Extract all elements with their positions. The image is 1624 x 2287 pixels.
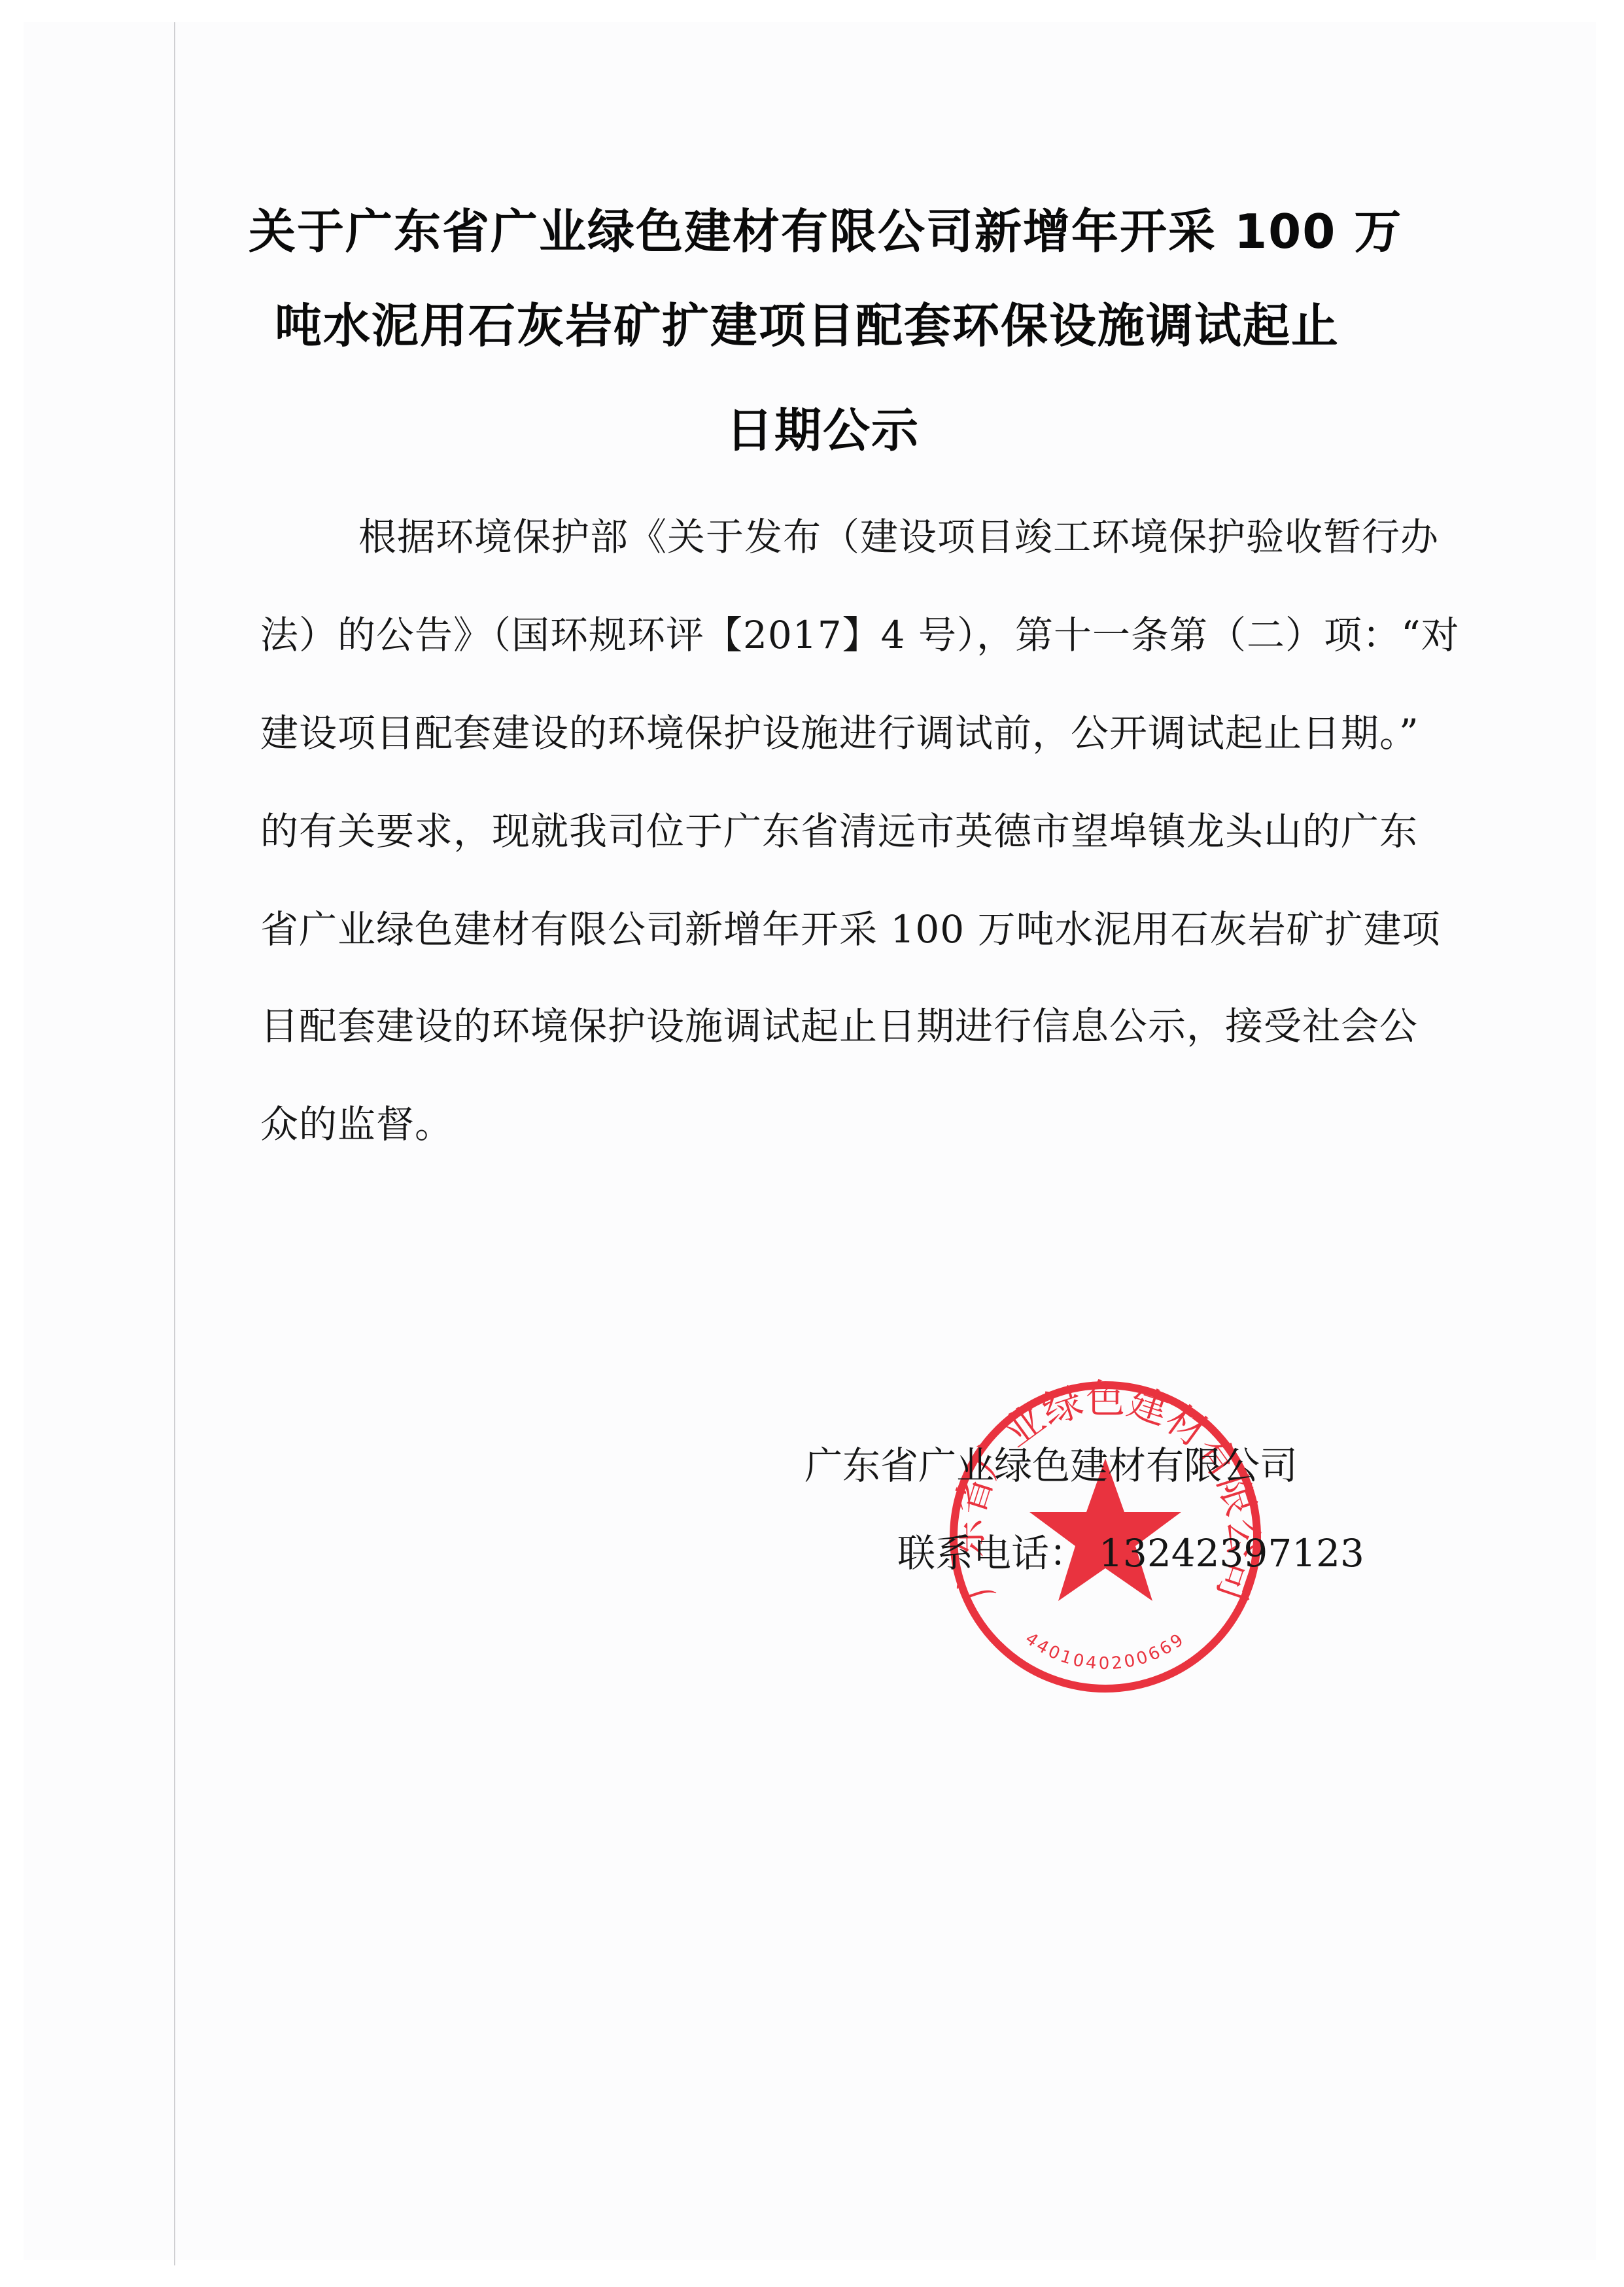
title-line-1: 关于广东省广业绿色建材有限公司新增年开采 100 万	[249, 208, 1380, 255]
phone-label: 联系电话：	[897, 1531, 1087, 1575]
body-line-1: 根据环境保护部《关于发布（建设项目竣工环境保护验收暂行办	[358, 518, 1439, 556]
seal-number: 4401040200669	[1022, 1629, 1189, 1674]
body-line-2: 法）的公告》（国环规环评【2017】4 号），第十一条第（二）项：“对	[260, 616, 1460, 654]
body-line-3: 建设项目配套建设的环境保护设施进行调试前，公开调试起止日期。”	[260, 714, 1419, 752]
title-line-3: 日期公示	[726, 407, 1624, 454]
title-line-2: 吨水泥用石灰岩矿扩建项目配套环保设施调试起止	[275, 302, 1406, 349]
signature-phone-row: 联系电话：13242397123	[897, 1534, 1364, 1572]
phone-number: 13242397123	[1099, 1531, 1364, 1575]
binding-margin-line	[174, 22, 175, 2265]
signature-company: 广东省广业绿色建材有限公司	[804, 1447, 1298, 1485]
body-line-7: 众的监督。	[260, 1105, 453, 1143]
document-page	[24, 22, 1596, 2260]
body-line-6: 目配套建设的环境保护设施调试起止日期进行信息公示，接受社会公	[260, 1007, 1418, 1045]
body-line-4: 的有关要求，现就我司位于广东省清远市英德市望埠镇龙头山的广东	[260, 812, 1418, 850]
body-line-5: 省广业绿色建材有限公司新增年开采 100 万吨水泥用石灰岩矿扩建项	[260, 910, 1441, 948]
